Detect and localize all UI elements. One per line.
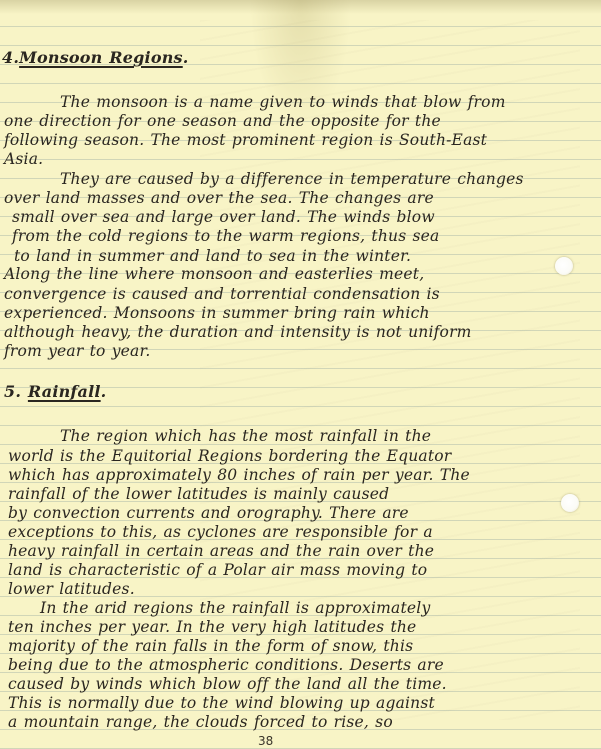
text-line: rainfall of the lower latitudes is mainl… xyxy=(8,485,389,504)
text-line: ten inches per year. In the very high la… xyxy=(8,618,416,637)
punch-hole-lower xyxy=(561,494,579,512)
text-line: following season. The most prominent reg… xyxy=(4,131,487,150)
text-line: They are caused by a difference in tempe… xyxy=(0,170,524,189)
text-line: small over sea and large over land. The … xyxy=(12,208,435,227)
text-line: Along the line where monsoon and easterl… xyxy=(4,265,424,284)
page-number: 38 xyxy=(258,734,273,748)
text-line: convergence is caused and torrential con… xyxy=(4,285,440,304)
text-line: In the arid regions the rainfall is appr… xyxy=(40,599,430,618)
section-number: 5. xyxy=(4,382,21,401)
text-line: which has approximately 80 inches of rai… xyxy=(8,466,470,485)
text-line: land is characteristic of a Polar air ma… xyxy=(8,561,427,580)
text-line: heavy rainfall in certain areas and the … xyxy=(8,542,434,561)
text-line: majority of the rain falls in the form o… xyxy=(8,637,413,656)
text-line: to land in summer and land to sea in the… xyxy=(14,247,411,266)
section-title: Monsoon Regions xyxy=(19,48,183,67)
text-line: experienced. Monsoons in summer bring ra… xyxy=(4,304,430,323)
text-line: although heavy, the duration and intensi… xyxy=(4,323,472,342)
text-line: from the cold regions to the warm region… xyxy=(12,227,439,246)
text-line: one direction for one season and the opp… xyxy=(4,112,441,131)
text-line: from year to year. xyxy=(4,342,151,361)
section-number: 4. xyxy=(2,48,19,67)
text-line: The region which has the most rainfall i… xyxy=(0,427,431,446)
text-line: The monsoon is a name given to winds tha… xyxy=(0,93,506,112)
text-line: being due to the atmospheric conditions.… xyxy=(8,656,444,675)
text-line: exceptions to this, as cyclones are resp… xyxy=(8,523,433,542)
section-title: Rainfall xyxy=(28,382,101,401)
text-line: by convection currents and orography. Th… xyxy=(8,504,409,523)
text-line: a mountain range, the clouds forced to r… xyxy=(8,713,393,732)
text-line: lower latitudes. xyxy=(8,580,135,599)
notebook-page: 4.Monsoon Regions. The monsoon is a name… xyxy=(0,0,601,749)
punch-hole-upper xyxy=(555,257,573,275)
text-line: world is the Equitorial Regions borderin… xyxy=(8,447,451,466)
section-heading-monsoon: 4.Monsoon Regions. xyxy=(2,48,189,67)
text-line: This is normally due to the wind blowing… xyxy=(8,694,435,713)
text-line: over land masses and over the sea. The c… xyxy=(4,189,434,208)
text-line: Asia. xyxy=(4,150,43,169)
section-heading-rainfall: 5. Rainfall. xyxy=(4,382,106,401)
text-line: caused by winds which blow off the land … xyxy=(8,675,447,694)
page-top-shadow xyxy=(0,0,601,14)
